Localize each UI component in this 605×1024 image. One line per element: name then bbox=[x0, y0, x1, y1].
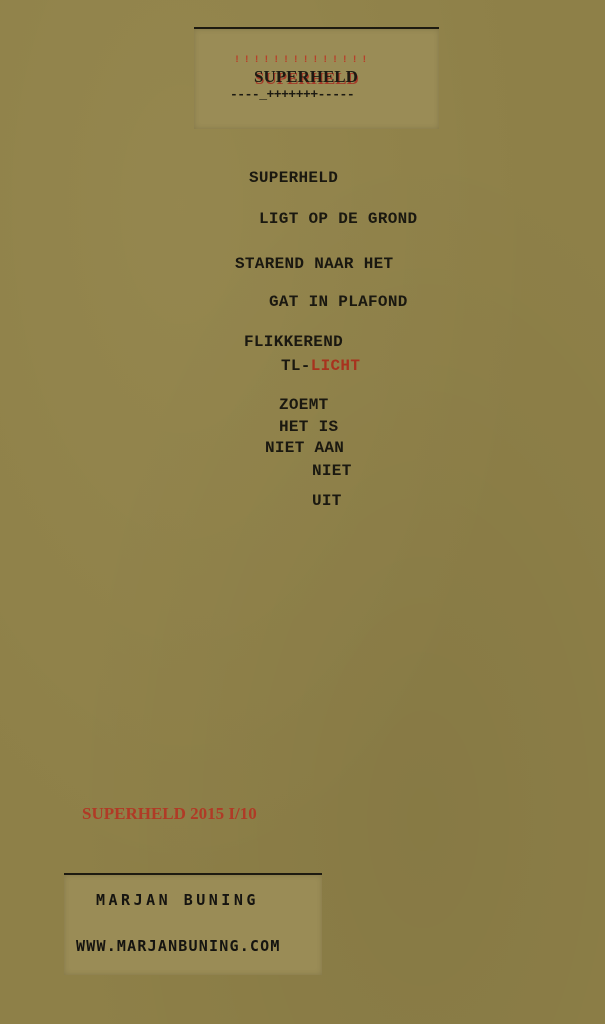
poem-word-licht-red: LICHT bbox=[311, 357, 361, 375]
poem-line: FLIKKEREND bbox=[244, 333, 343, 351]
edition-stamp: SUPERHELD 2015 I/10 bbox=[82, 804, 257, 824]
poem-line: STAREND NAAR HET bbox=[235, 255, 393, 273]
author-url: WWW.MARJANBUNING.COM bbox=[76, 937, 281, 955]
poem-line: NIET AAN bbox=[265, 439, 344, 457]
poem-word-tl: TL- bbox=[281, 357, 311, 375]
poem-line: HET IS bbox=[279, 418, 338, 436]
poem-line: TL-LICHT bbox=[281, 357, 360, 375]
poem-line: SUPERHELD bbox=[249, 169, 338, 187]
label-underline: ----_+++++++----- bbox=[230, 87, 354, 102]
poem-line: NIET bbox=[312, 462, 352, 480]
author-name: MARJAN BUNING bbox=[96, 891, 259, 909]
author-label: MARJAN BUNING WWW.MARJANBUNING.COM bbox=[64, 873, 322, 975]
poem-line: GAT IN PLAFOND bbox=[269, 293, 408, 311]
poem-line: UIT bbox=[312, 492, 342, 510]
title-label: !!!!!!!!!!!!!! SUPERHELD ----_+++++++---… bbox=[194, 27, 439, 129]
poem-line: ZOEMT bbox=[279, 396, 329, 414]
label-title: SUPERHELD bbox=[254, 67, 358, 87]
red-tick-marks: !!!!!!!!!!!!!! bbox=[234, 55, 394, 66]
poem-line: LIGT OP DE GROND bbox=[259, 210, 417, 228]
